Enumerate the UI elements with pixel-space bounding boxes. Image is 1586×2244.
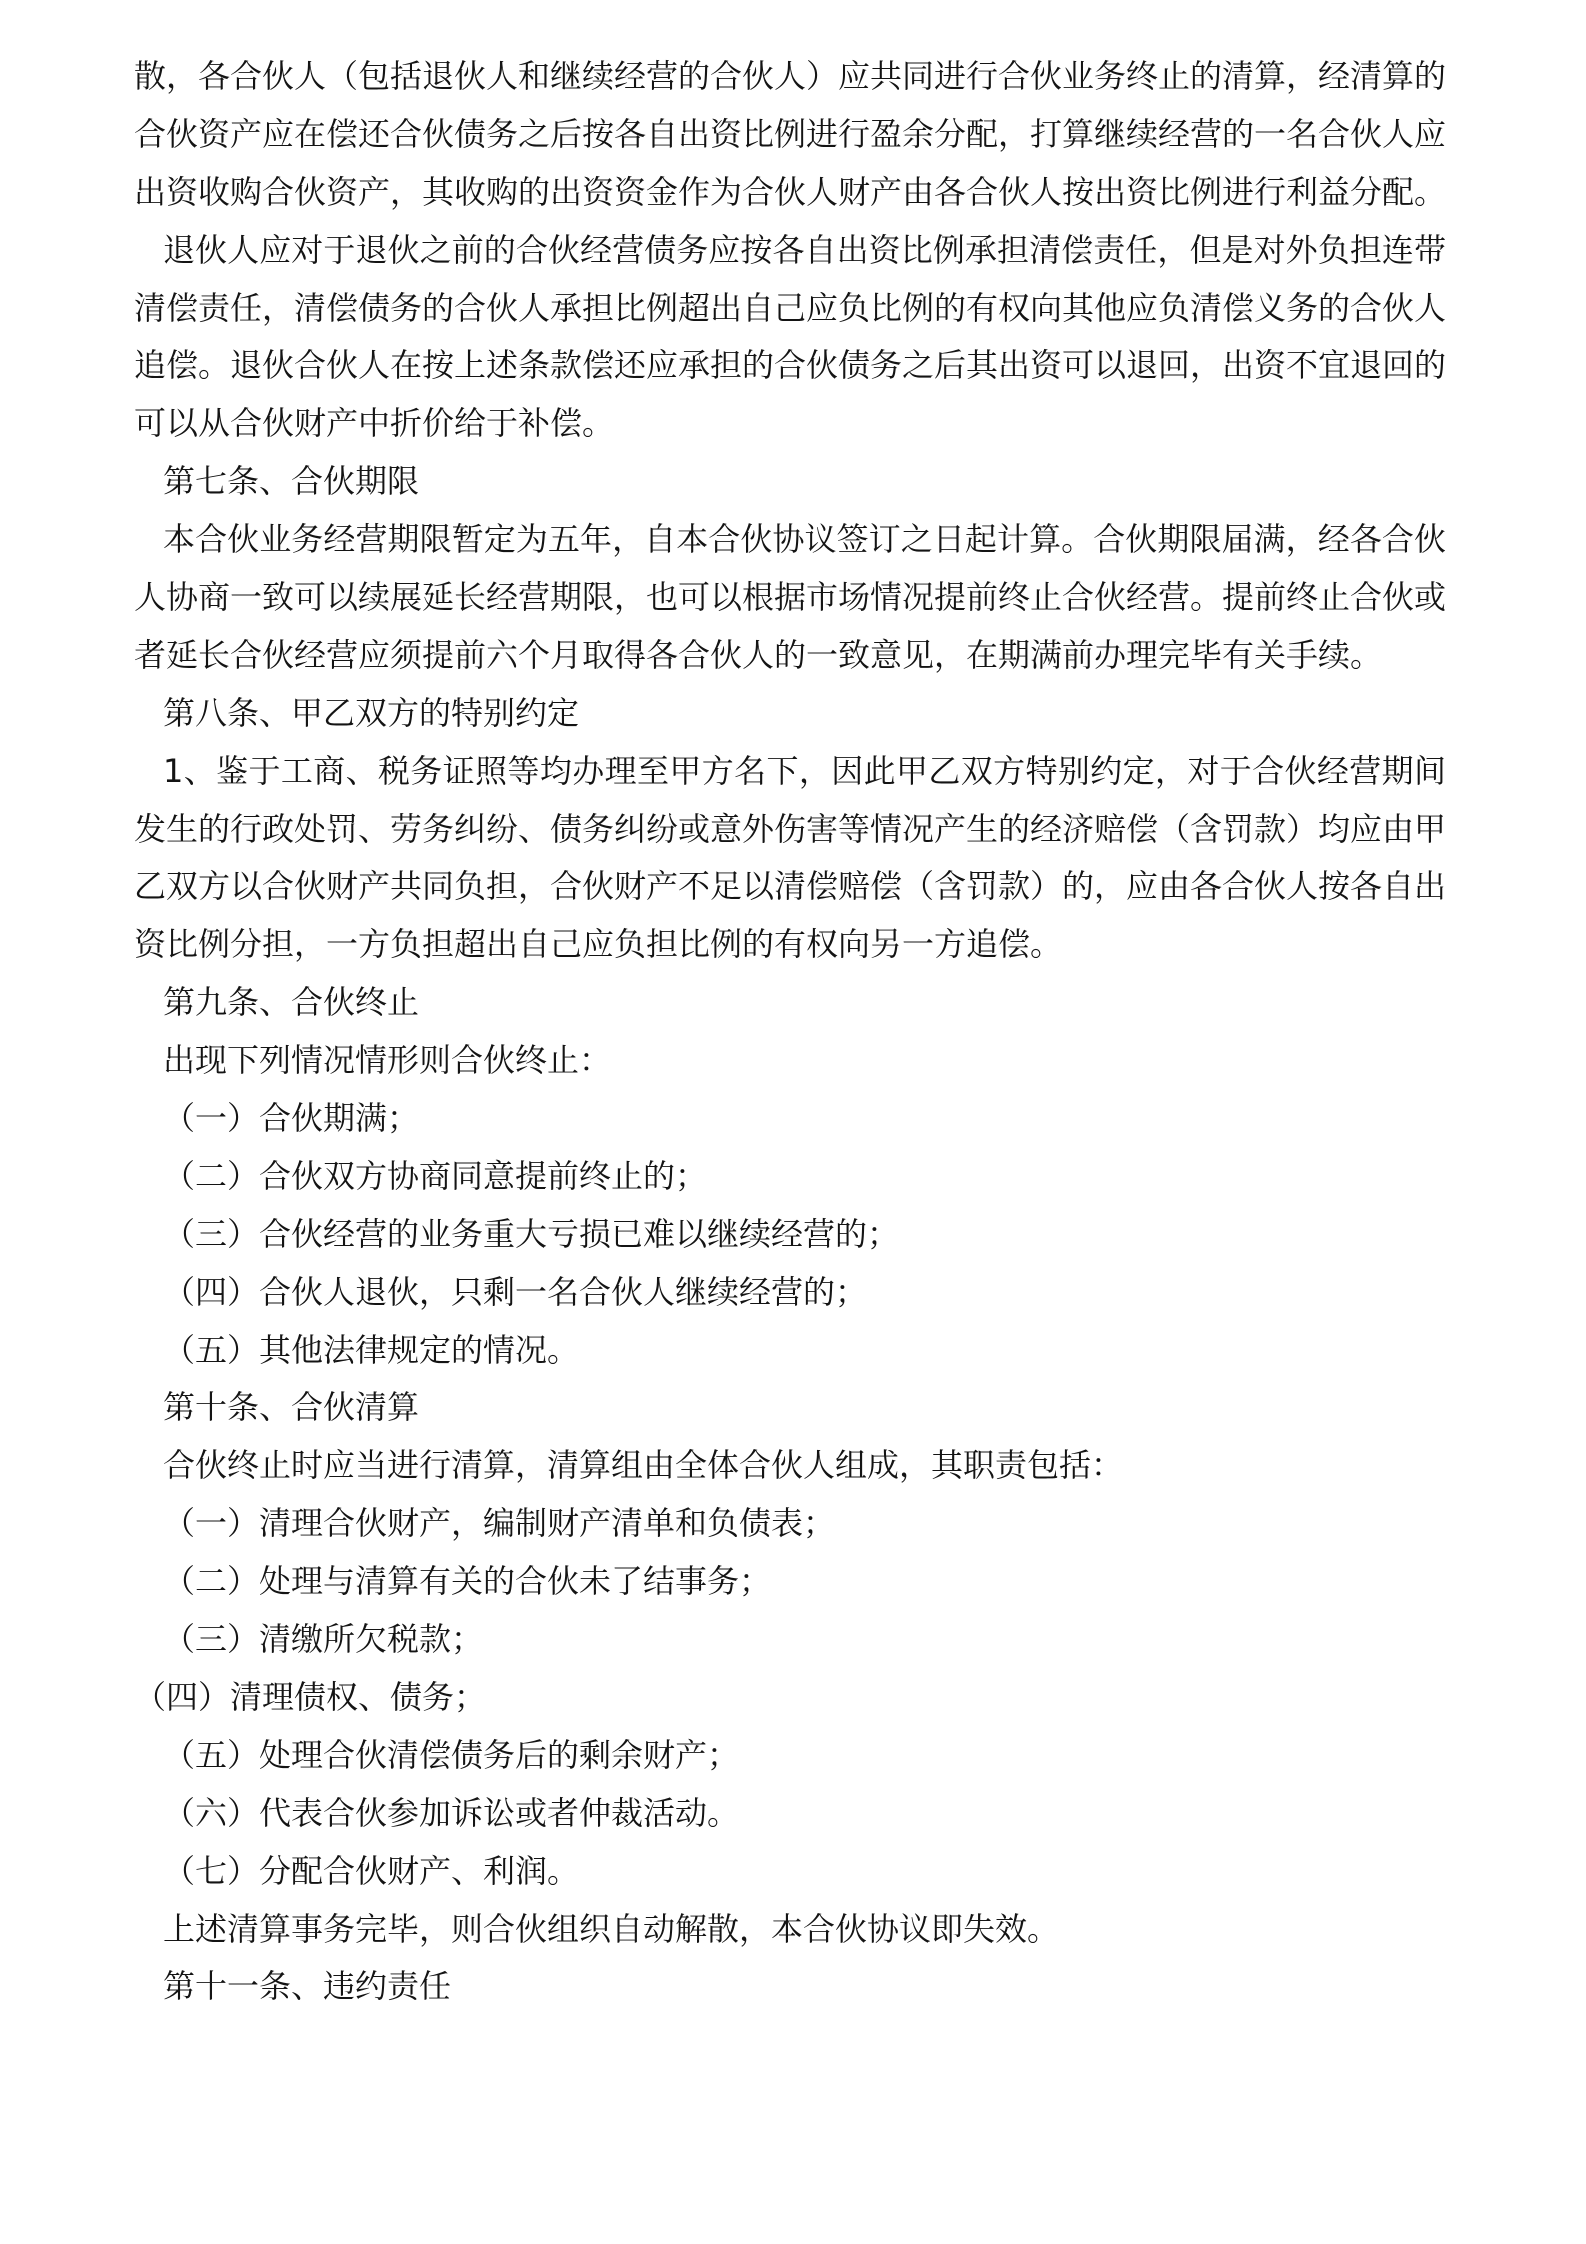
paragraph-line: 者延长合伙经营应须提前六个月取得各合伙人的一致意见，在期满前办理完毕有关手续。: [134, 627, 1446, 685]
paragraph-line: 乙双方以合伙财产共同负担，合伙财产不足以清偿赔偿（含罚款）的，应由各合伙人按各自…: [134, 858, 1446, 916]
paragraph-line: 追偿。退伙合伙人在按上述条款偿还应承担的合伙债务之后其出资可以退回，出资不宜退回…: [134, 337, 1446, 395]
list-item: （四）合伙人退伙，只剩一名合伙人继续经营的；: [134, 1264, 1446, 1322]
paragraph-line: 1、鉴于工商、税务证照等均办理至甲方名下，因此甲乙双方特别约定，对于合伙经营期间: [134, 743, 1446, 801]
list-item: （二）合伙双方协商同意提前终止的；: [134, 1148, 1446, 1206]
paragraph-line: 散，各合伙人（包括退伙人和继续经营的合伙人）应共同进行合伙业务终止的清算，经清算…: [134, 48, 1446, 106]
paragraph-line: 合伙终止时应当进行清算，清算组由全体合伙人组成，其职责包括：: [134, 1437, 1446, 1495]
paragraph-line: 人协商一致可以续展延长经营期限，也可以根据市场情况提前终止合伙经营。提前终止合伙…: [134, 569, 1446, 627]
paragraph-line: 出资收购合伙资产，其收购的出资资金作为合伙人财产由各合伙人按出资比例进行利益分配…: [134, 164, 1446, 222]
paragraph-line: 出现下列情况情形则合伙终止：: [134, 1032, 1446, 1090]
list-item: （一）清理合伙财产，编制财产清单和负债表；: [134, 1495, 1446, 1553]
list-item: （三）合伙经营的业务重大亏损已难以继续经营的；: [134, 1206, 1446, 1264]
article-heading: 第八条、甲乙双方的特别约定: [134, 685, 1446, 743]
article-heading: 第九条、合伙终止: [134, 974, 1446, 1032]
paragraph-line: 本合伙业务经营期限暂定为五年，自本合伙协议签订之日起计算。合伙期限届满，经各合伙: [134, 511, 1446, 569]
article-heading: 第十条、合伙清算: [134, 1379, 1446, 1437]
document-page: 散，各合伙人（包括退伙人和继续经营的合伙人）应共同进行合伙业务终止的清算，经清算…: [134, 48, 1446, 2016]
paragraph-line: 资比例分担，一方负担超出自己应负担比例的有权向另一方追偿。: [134, 916, 1446, 974]
list-item: （一）合伙期满；: [134, 1090, 1446, 1148]
article-heading: 第七条、合伙期限: [134, 453, 1446, 511]
article-heading: 第十一条、违约责任: [134, 1958, 1446, 2016]
paragraph-line: 合伙资产应在偿还合伙债务之后按各自出资比例进行盈余分配，打算继续经营的一名合伙人…: [134, 106, 1446, 164]
list-item: （三）清缴所欠税款；: [134, 1611, 1446, 1669]
paragraph-line: 退伙人应对于退伙之前的合伙经营债务应按各自出资比例承担清偿责任，但是对外负担连带: [134, 222, 1446, 280]
list-item: （五）处理合伙清偿债务后的剩余财产；: [134, 1727, 1446, 1785]
list-item: （七）分配合伙财产、利润。: [134, 1843, 1446, 1901]
paragraph-line: 上述清算事务完毕，则合伙组织自动解散，本合伙协议即失效。: [134, 1901, 1446, 1959]
list-item: （五）其他法律规定的情况。: [134, 1322, 1446, 1380]
list-item: （四）清理债权、债务；: [134, 1669, 1446, 1727]
paragraph-line: 发生的行政处罚、劳务纠纷、债务纠纷或意外伤害等情况产生的经济赔偿（含罚款）均应由…: [134, 801, 1446, 859]
paragraph-line: 清偿责任，清偿债务的合伙人承担比例超出自己应负比例的有权向其他应负清偿义务的合伙…: [134, 280, 1446, 338]
paragraph-line: 可以从合伙财产中折价给于补偿。: [134, 395, 1446, 453]
list-item: （六）代表合伙参加诉讼或者仲裁活动。: [134, 1785, 1446, 1843]
list-item: （二）处理与清算有关的合伙未了结事务；: [134, 1553, 1446, 1611]
